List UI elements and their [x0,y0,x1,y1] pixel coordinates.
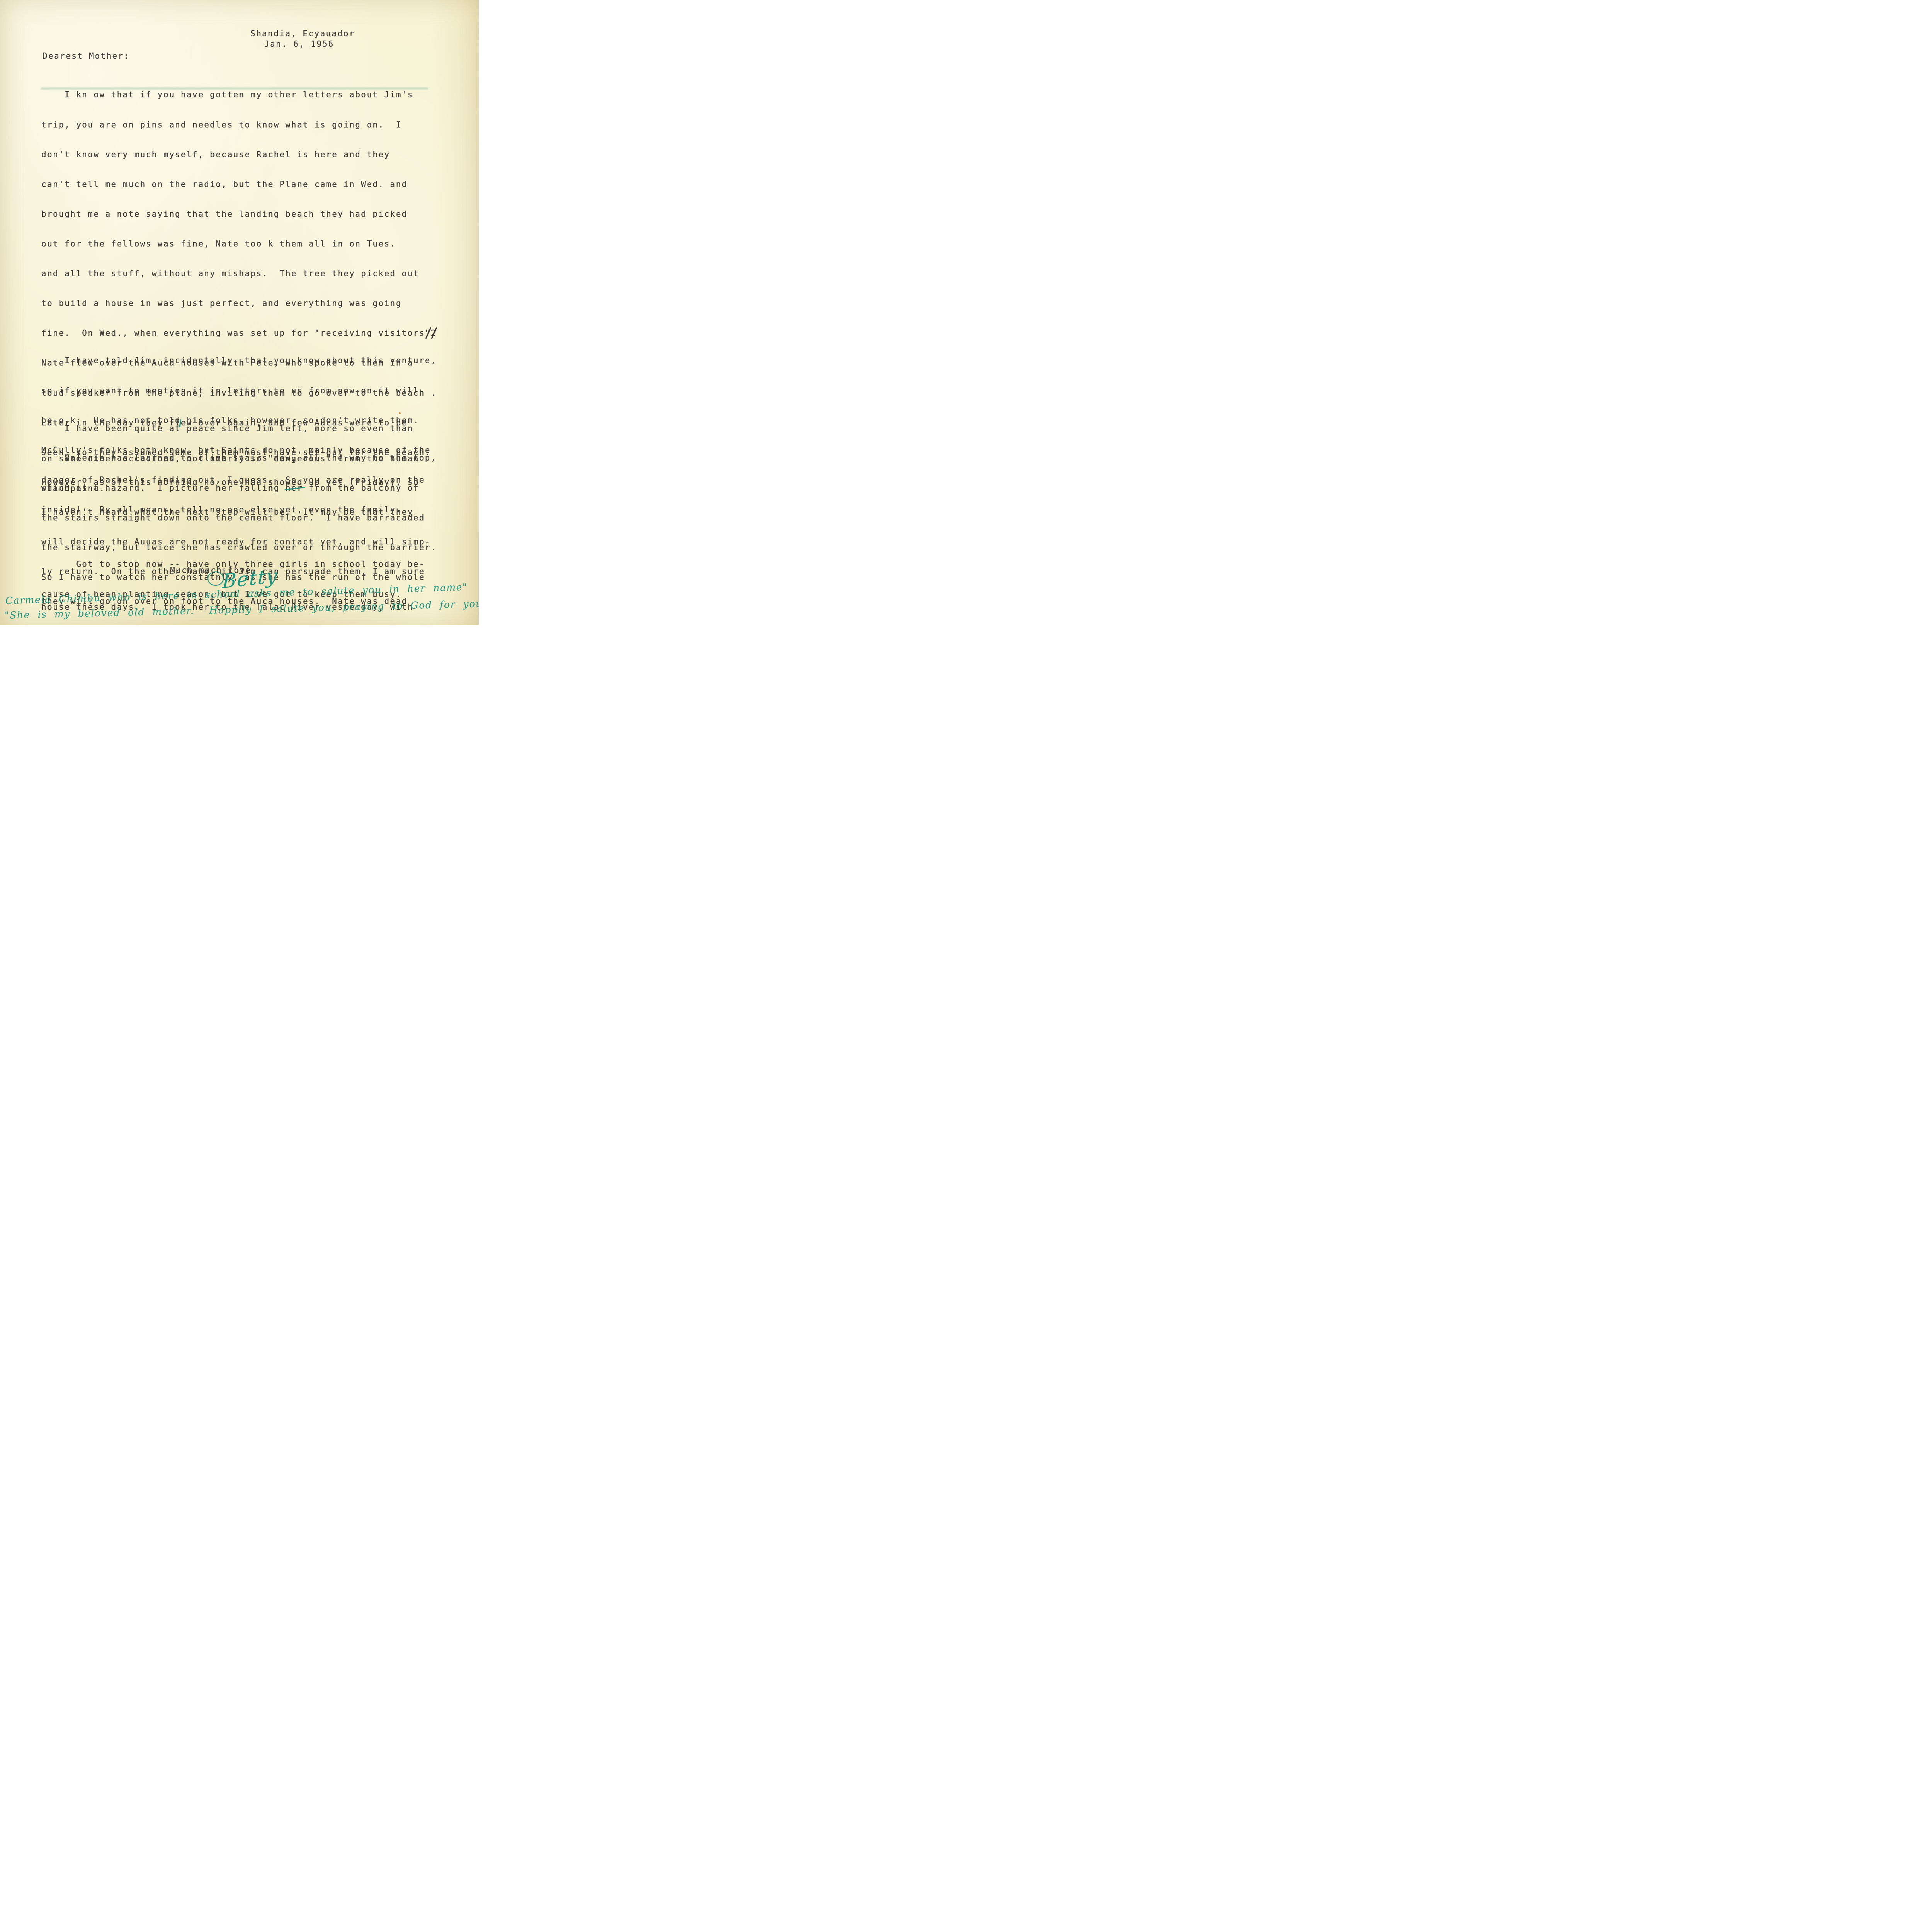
salutation: Dearest Mother: [43,51,130,61]
pen-struck-word: her [286,483,303,493]
letter-line: Valerie has learned to climb stairs now,… [41,453,448,463]
letter-line: I have been quite at peace since Jim lef… [41,424,419,434]
letter-line: I have told Jim, incidentally, that you … [41,356,437,366]
letter-line: out for the fellows was fine, Nate too k… [41,239,437,249]
letter-line: I kn ow that if you have gotten my other… [41,90,437,100]
letter-line: can't tell me much on the radio, but the… [41,180,437,190]
line-text: which is a hazard. I picture her falling [41,483,286,493]
letter-line: trip, you are on pins and needles to kno… [41,120,437,130]
letter-line: and all the stuff, without any mishaps. … [41,269,437,279]
letter-line-falling: which is a hazard. I picture her falling… [41,483,448,493]
letterhead-date: Jan. 6, 1956 [264,39,334,49]
letter-line: so if you want to mention it in letters … [41,386,437,396]
letter-line: the stairs straight down onto the cement… [41,513,448,523]
letterhead-location: Shandia, Ecyauador [250,29,355,39]
letter-scan: Shandia, Ecyauador Jan. 6, 1956 Dearest … [0,0,479,631]
line-text: from the balcony of [303,483,419,493]
letter-line: brought me a note saying that the landin… [41,209,437,219]
letter-line: don't know very much myself, because Rac… [41,150,437,160]
letter-line: to build a house in was just perfect, an… [41,299,437,309]
scanner-background [0,625,479,631]
